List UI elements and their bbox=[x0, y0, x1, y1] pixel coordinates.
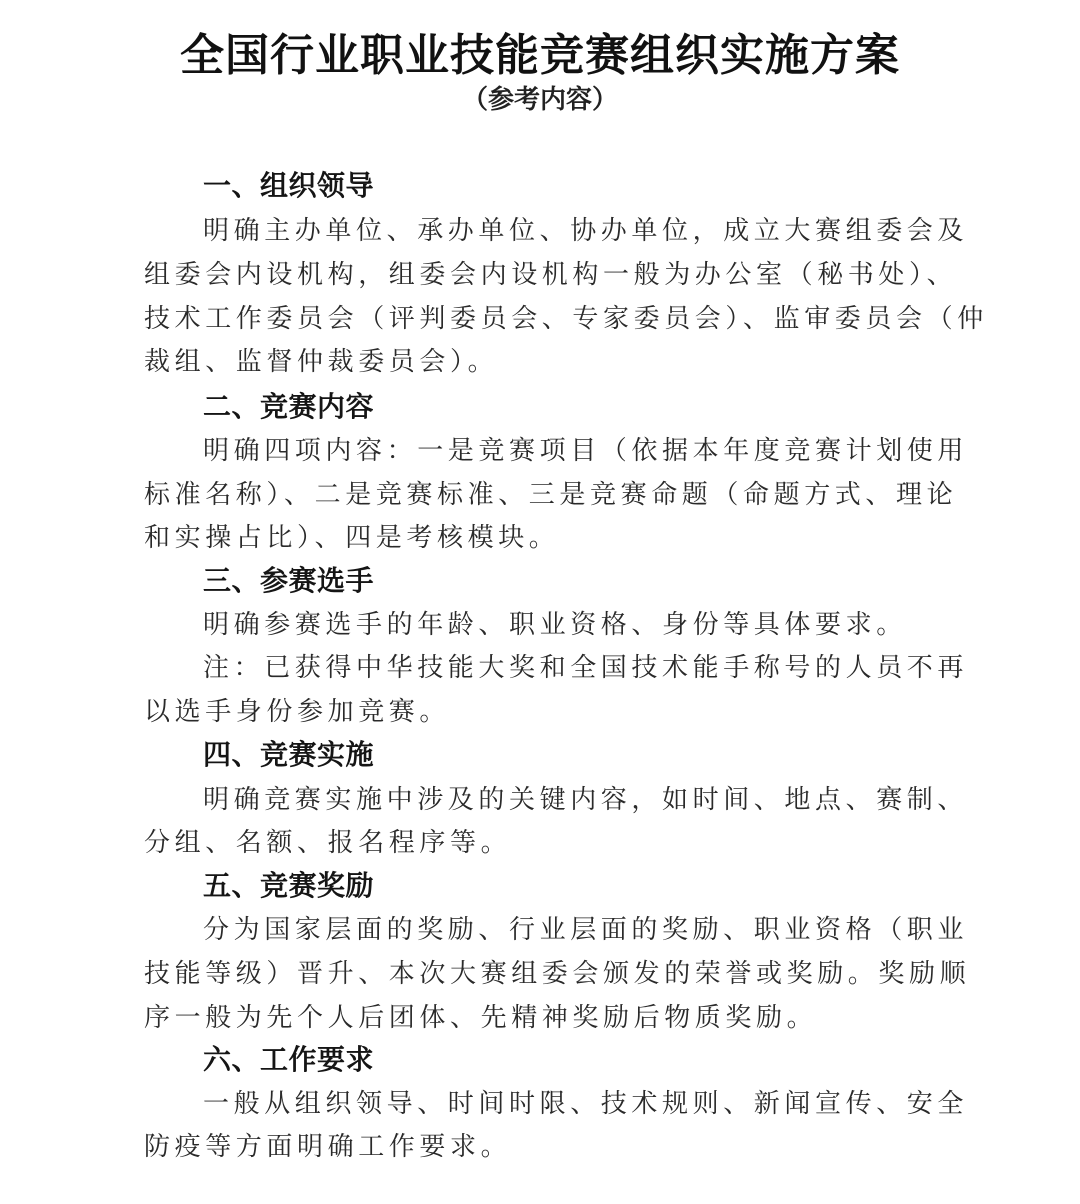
paragraph-line: 明确主办单位、承办单位、协办单位，成立大赛组委会及 bbox=[203, 211, 968, 251]
section-heading: 二、竞赛内容 bbox=[203, 387, 374, 427]
note-line: 以选手身份参加竞赛。 bbox=[144, 692, 450, 732]
document-title: 全国行业职业技能竞赛组织实施方案 bbox=[0, 28, 1080, 84]
paragraph-line: 和实操占比）、四是考核模块。 bbox=[144, 518, 559, 558]
paragraph-line: 组委会内设机构，组委会内设机构一般为办公室（秘书处）、 bbox=[144, 255, 957, 295]
section-heading: 一、组织领导 bbox=[203, 166, 374, 206]
paragraph-line: 技能等级）晋升、本次大赛组委会颁发的荣誉或奖励。奖励顺 bbox=[144, 954, 970, 994]
section-heading: 五、竞赛奖励 bbox=[203, 866, 374, 906]
paragraph-line: 裁组、监督仲裁委员会）。 bbox=[144, 342, 498, 382]
paragraph-line: 明确参赛选手的年龄、职业资格、身份等具体要求。 bbox=[203, 605, 907, 645]
paragraph-line: 一般从组织领导、时间时限、技术规则、新闻宣传、安全 bbox=[203, 1084, 968, 1124]
section-heading: 三、参赛选手 bbox=[203, 561, 374, 601]
section-heading: 六、工作要求 bbox=[203, 1040, 374, 1080]
paragraph-line: 防疫等方面明确工作要求。 bbox=[144, 1127, 511, 1167]
paragraph-line: 明确四项内容：一是竞赛项目（依据本年度竞赛计划使用 bbox=[203, 431, 968, 471]
paragraph-line: 序一般为先个人后团体、先精神奖励后物质奖励。 bbox=[144, 998, 817, 1038]
document-subtitle: （参考内容） bbox=[0, 80, 1080, 120]
section-heading: 四、竞赛实施 bbox=[203, 735, 374, 775]
paragraph-line: 标准名称）、二是竞赛标准、三是竞赛命题（命题方式、理论 bbox=[144, 475, 957, 515]
note-line: 注：已获得中华技能大奖和全国技术能手称号的人员不再 bbox=[203, 648, 968, 688]
paragraph-line: 技术工作委员会（评判委员会、专家委员会）、监审委员会（仲 bbox=[144, 299, 988, 339]
paragraph-line: 明确竞赛实施中涉及的关键内容，如时间、地点、赛制、 bbox=[203, 780, 968, 820]
paragraph-line: 分为国家层面的奖励、行业层面的奖励、职业资格（职业 bbox=[203, 910, 968, 950]
paragraph-line: 分组、名额、报名程序等。 bbox=[144, 823, 511, 863]
